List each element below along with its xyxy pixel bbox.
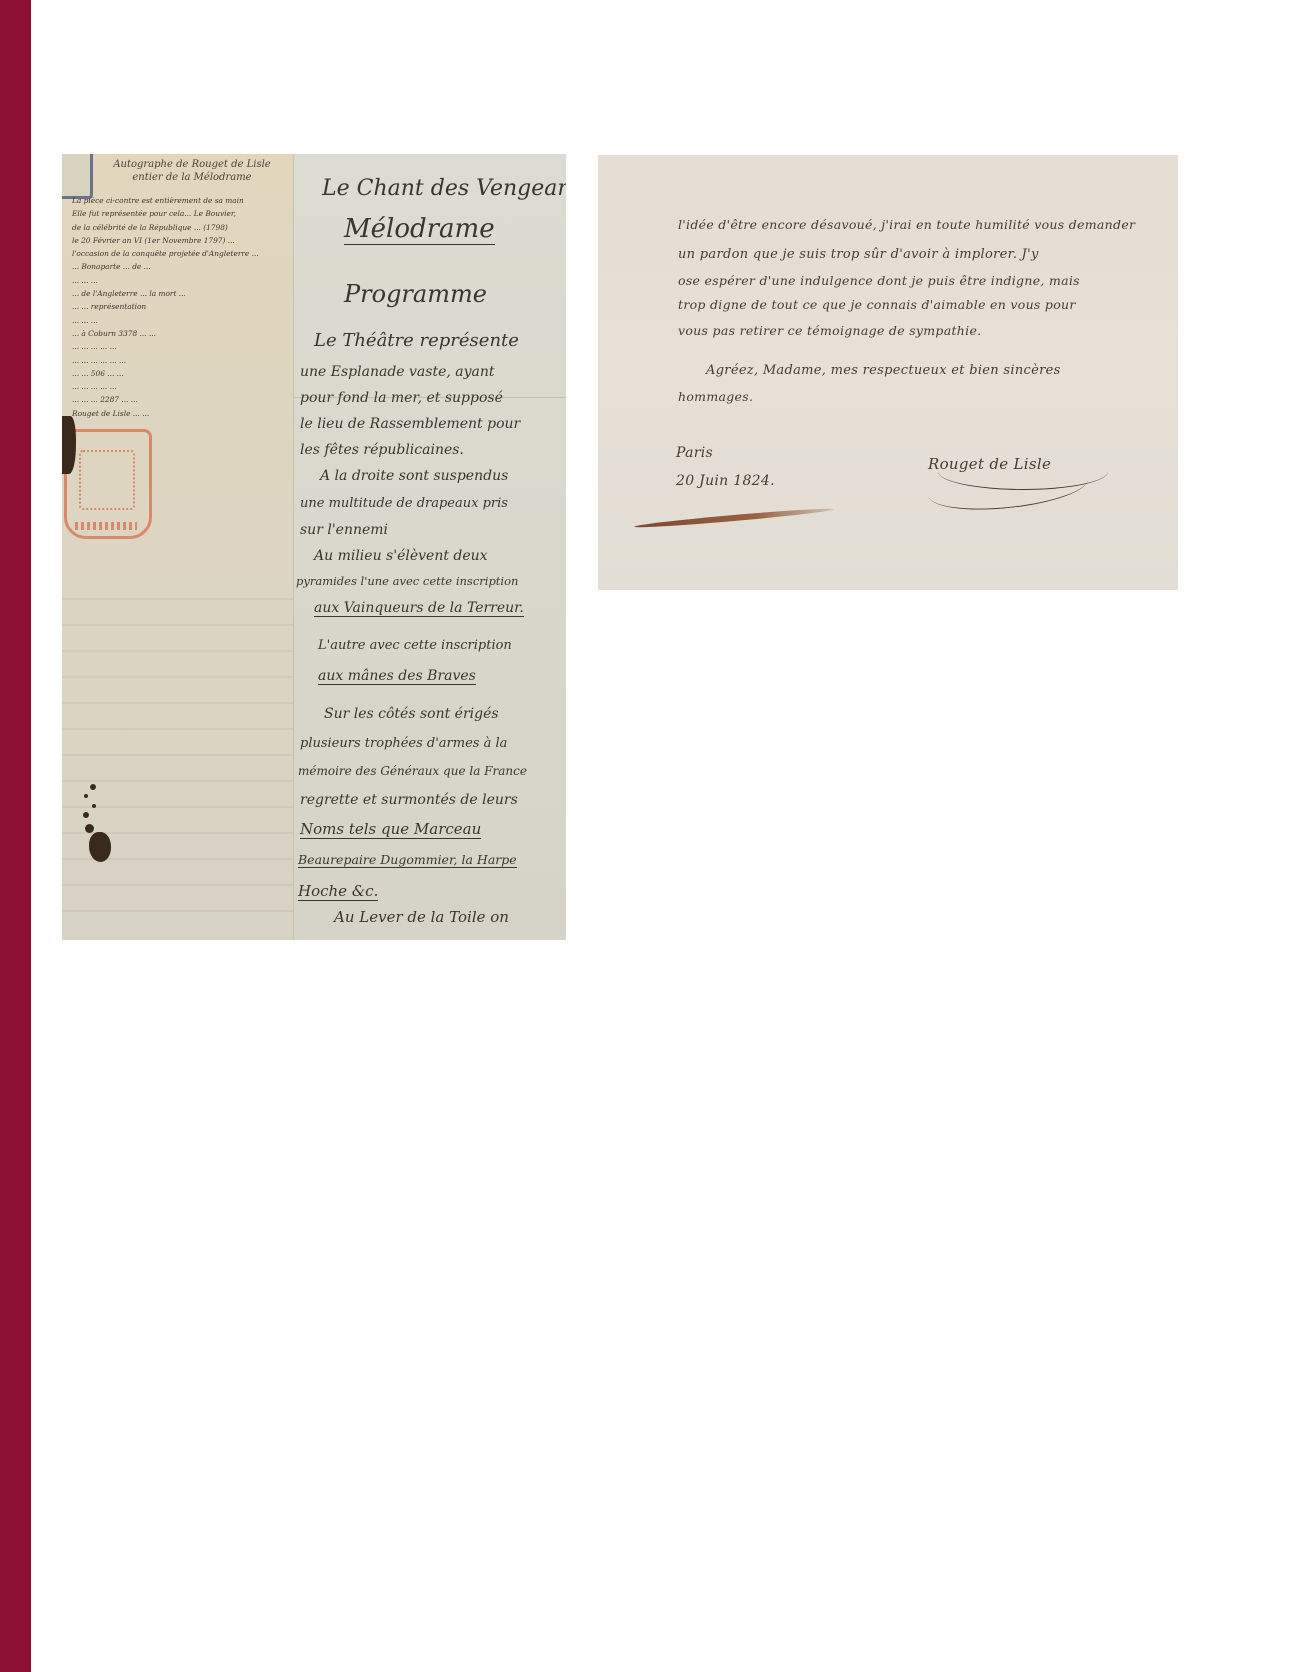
accent-side-bar — [0, 0, 31, 1672]
ink-blot — [89, 832, 111, 862]
ink-blot — [85, 824, 94, 833]
archival-notes-column: Autographe de Rouget de Lisle entier de … — [62, 154, 294, 940]
faded-writing — [62, 574, 293, 934]
red-archive-stamp — [64, 429, 152, 539]
program-manuscript-image: Autographe de Rouget de Lisle entier de … — [62, 154, 566, 940]
archive-label — [62, 154, 93, 199]
letter-date: 20 Juin 1824. — [676, 473, 775, 489]
letter-body-line: l'idée d'être encore désavoué, j'irai en… — [678, 217, 1135, 232]
ink-blot — [84, 794, 88, 798]
letter-closing-line: hommages. — [678, 389, 753, 404]
letter-closing-line: Agréez, Madame, mes respectueux et bien … — [706, 363, 1061, 378]
program-heading: Programme — [344, 280, 487, 308]
letter-body-line: vous pas retirer ce témoignage de sympat… — [678, 323, 981, 338]
letter-body-line: ose espérer d'une indulgence dont je pui… — [678, 273, 1080, 288]
ink-blot — [92, 804, 96, 808]
ink-blot — [62, 416, 76, 474]
notes-title: Autographe de Rouget de Lisle entier de … — [92, 158, 292, 184]
ink-blot — [90, 784, 96, 790]
letter-manuscript-image: l'idée d'être encore désavoué, j'irai en… — [598, 155, 1178, 590]
letter-place: Paris — [676, 445, 713, 461]
ink-brush-stroke — [634, 506, 834, 529]
letter-body-line: un pardon que je suis trop sûr d'avoir à… — [678, 247, 1039, 262]
program-subtitle: Mélodrame — [344, 214, 495, 245]
ink-blot — [83, 812, 89, 818]
program-title: Le Chant des Vengeances — [322, 176, 566, 201]
program-main-column: Le Chant des Vengeances Mélodrame Progra… — [294, 154, 566, 940]
letter-body-line: trop digne de tout ce que je connais d'a… — [678, 297, 1076, 312]
notes-body: La pièce ci-contre est entièrement de sa… — [72, 194, 290, 420]
